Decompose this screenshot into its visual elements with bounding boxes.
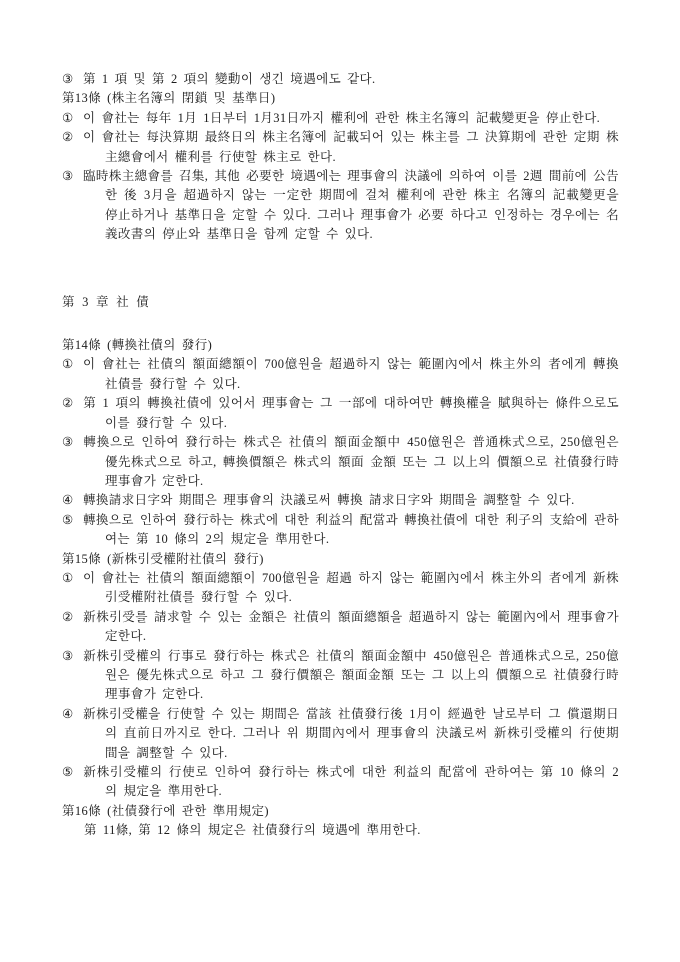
item-text: 이 會社는 每年 1月 1日부터 1月31日까지 權利에 관한 株主名簿의 記載…: [83, 111, 600, 125]
item-number-marker: ②: [62, 128, 83, 147]
item-text: 臨時株主總會를 召集, 其他 必要한 境遇에는 理事會의 決議에 의하여 이를 …: [83, 169, 619, 241]
clause-item: ②第 1 項의 轉換社債에 있어서 理事會는 그 一部에 대하여만 轉換權을 賦…: [62, 394, 619, 433]
item-number-marker: ④: [62, 705, 83, 724]
article-heading: 第14條 (轉換社債의 發行): [62, 336, 619, 355]
clause-item: ①이 會社는 每年 1月 1日부터 1月31日까지 權利에 관한 株主名簿의 記…: [62, 109, 619, 128]
body-line: 第 11條, 第 12 條의 規定은 社債發行의 境遇에 準用한다.: [62, 821, 619, 840]
item-text: 轉換으로 인하여 發行하는 株式에 대한 利益의 配當과 轉換社債에 대한 利子…: [83, 513, 619, 546]
item-text: 新株引受權을 行使할 수 있는 期間은 當該 社債發行後 1月이 經過한 날로부…: [83, 707, 619, 760]
clause-item: ③轉換으로 인하여 發行하는 株式은 社債의 額面金額中 450億원은 普通株式…: [62, 433, 619, 491]
item-number-marker: ④: [62, 491, 83, 510]
clause-item: ③新株引受權의 行事로 發行하는 株式은 社債의 額面金額中 450億원은 普通…: [62, 647, 619, 705]
clause-item: ⑤轉換으로 인하여 發行하는 株式에 대한 利益의 配當과 轉換社債에 대한 利…: [62, 511, 619, 550]
item-text: 新株引受權의 行使로 인하여 發行하는 株式에 대한 利益의 配當에 관하여는 …: [83, 765, 619, 798]
item-text: 이 會社는 社債의 額面總額이 700億원을 超過하지 않는 範圍內에서 株主外…: [83, 357, 619, 390]
document-content: ③第 1 項 및 第 2 項의 變動이 생긴 境遇에도 같다.第13條 (株主名…: [62, 70, 619, 841]
item-number-marker: ②: [62, 608, 83, 627]
clause-item: ①이 會社는 社債의 額面總額이 700億원을 超過 하지 않는 範圍內에서 株…: [62, 569, 619, 608]
clause-item: ④轉換請求日字와 期間은 理事會의 決議로써 轉換 請求日字와 期間을 調整할 …: [62, 491, 619, 510]
item-text: 新株引受權의 行事로 發行하는 株式은 社債의 額面金額中 450億원은 普通株…: [83, 649, 619, 702]
clause-item: ③臨時株主總會를 召集, 其他 必要한 境遇에는 理事會의 決議에 의하여 이를…: [62, 167, 619, 245]
item-number-marker: ③: [62, 70, 83, 89]
clause-item: ②이 會社는 每決算期 最終日의 株主名簿에 記載되어 있는 株主를 그 決算期…: [62, 128, 619, 167]
clause-item: ⑤新株引受權의 行使로 인하여 發行하는 株式에 대한 利益의 配當에 관하여는…: [62, 763, 619, 802]
item-text: 이 會社는 社債의 額面總額이 700億원을 超過 하지 않는 範圍內에서 株主…: [83, 571, 619, 604]
item-text: 轉換으로 인하여 發行하는 株式은 社債의 額面金額中 450億원은 普通株式으…: [83, 435, 619, 488]
item-number-marker: ②: [62, 394, 83, 413]
item-text: 轉換請求日字와 期間은 理事會의 決議로써 轉換 請求日字와 期間을 調整할 수…: [83, 493, 575, 507]
article-heading: 第15條 (新株引受權附社債의 發行): [62, 550, 619, 569]
item-number-marker: ③: [62, 433, 83, 452]
clause-item: ④新株引受權을 行使할 수 있는 期間은 當該 社債發行後 1月이 經過한 날로…: [62, 705, 619, 763]
item-text: 이 會社는 每決算期 最終日의 株主名簿에 記載되어 있는 株主를 그 決算期에…: [83, 130, 619, 163]
item-text: 第 1 項의 轉換社債에 있어서 理事會는 그 一部에 대하여만 轉換權을 賦與…: [83, 396, 619, 429]
article-heading: 第13條 (株主名簿의 閉鎖 및 基準日): [62, 89, 619, 108]
chapter-heading: 第 3 章 社 債: [62, 293, 619, 312]
item-text: 第 1 項 및 第 2 項의 變動이 생긴 境遇에도 같다.: [83, 72, 376, 86]
item-number-marker: ③: [62, 167, 83, 186]
item-text: 新株引受를 請求할 수 있는 金額은 社債의 額面總額을 超過하지 않는 範圍內…: [83, 610, 619, 643]
item-number-marker: ①: [62, 355, 83, 374]
article-heading: 第16條 (社債發行에 관한 準用規定): [62, 802, 619, 821]
item-number-marker: ①: [62, 109, 83, 128]
item-number-marker: ③: [62, 647, 83, 666]
document-page: ③第 1 項 및 第 2 項의 變動이 생긴 境遇에도 같다.第13條 (株主名…: [0, 0, 680, 962]
clause-item: ③第 1 項 및 第 2 項의 變動이 생긴 境遇에도 같다.: [62, 70, 619, 89]
clause-item: ②新株引受를 請求할 수 있는 金額은 社債의 額面總額을 超過하지 않는 範圍…: [62, 608, 619, 647]
item-number-marker: ①: [62, 569, 83, 588]
item-number-marker: ⑤: [62, 511, 83, 530]
item-number-marker: ⑤: [62, 763, 83, 782]
clause-item: ①이 會社는 社債의 額面總額이 700億원을 超過하지 않는 範圍內에서 株主…: [62, 355, 619, 394]
